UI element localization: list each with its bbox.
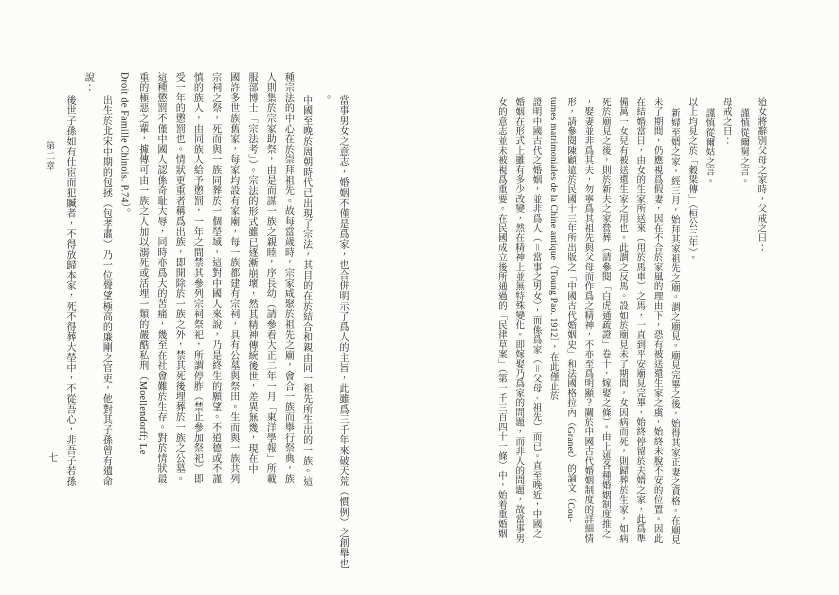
text-column: 慎的族人，由同族人給予懲罰，一年之間禁其參列宗祠祭祀，所謂停胙（禁止參加祭祀）即 — [188, 72, 205, 484]
text-column: 出生於北宋中期的包拯（包孝肅）乃一位聲望極高的廉剛之官吏，他對其子孫曾有遺命 — [97, 95, 114, 486]
text-column: Droit de Famille Chinois. P.74）。 — [116, 72, 133, 218]
text-column: 母戒之曰： — [717, 97, 734, 146]
text-column: 說： — [79, 72, 96, 93]
text-column: 在結婚當日，由女的生家所送來（用於馬車）之馬，一直到平安廟見完畢，始終停留於夫婿… — [630, 97, 647, 543]
text-column: 後世子孫如有仕宦而犯贓者，不得放歸本家，死不得葬大塋中，不從吾心，非吾子若孫 — [61, 95, 78, 486]
text-column: 死於廟見之後，則於新夫之家營葬（請參閱「白虎通疏證」卷十，嫁娶之條）。由上述各種… — [596, 97, 613, 538]
text-column: 受一年的懲罰也。情狀更重者稱爲出族，即開除於一族之外，禁其死後埋葬於一族之公墓。 — [170, 72, 187, 484]
text-column: 中國至晚於周朝時代已出現了宗法，其目的在於結合和親由同一祖先所生出的一族。這 — [298, 95, 315, 486]
text-column: 女的意志並未被視爲重要。在民國成立後所通過的「民律草案」（第一千三百四十一條）中… — [492, 97, 509, 538]
text-column: 以上均見之於「穀梁傳」（桓公三年）。 — [682, 97, 699, 262]
text-column: 。 — [316, 95, 333, 105]
page-left: 第二章 七 當事男女之意志，婚姻不僅是爲家，也合併明示了爲人的主旨，此雖爲三千年… — [0, 0, 420, 595]
text-column: 謹慎從爾姑之言。 — [700, 108, 717, 186]
text-column: 服部博士「宗法考」）。宗法的形式雖已逐漸崩壞，然其精神傳統後世，差異無幾，現在中 — [243, 72, 260, 474]
text-column: 國許多世族舊家，每家均設有家廟，每一族都建有宗祠，具有公墓與祭田。生而與一族共列 — [225, 72, 242, 484]
text-column: 種宗法的中心在於崇拜祖先。故每當歲時，宗家咸聚於祖先之廟，會合一族而舉行祭典，族 — [279, 72, 296, 484]
page-right: 中國之孝道 六 迨女將辭別父母之家時，父戒之曰：謹慎從爾舅之言。母戒之曰：謹慎從… — [420, 0, 839, 595]
text-column: 重的極惡之輩，據傳可由一族之人加以溺死或活埋一類的嚴酷私刑（Moellendor… — [134, 72, 151, 455]
text-column: ，娶妻並非爲其夫，勿寧爲其祖先與父母而作爲之精神，不亦至爲明顯？關於中國古代婚姻… — [578, 97, 595, 543]
text-column: 宗祠之祭，死而與一族同葬於一個塋域，這對中國人來說，乃是終生的願望。不道德或不謹 — [207, 72, 224, 484]
text-column: tumes matrimoniales de la Chine antique（… — [544, 97, 561, 401]
text-column: 新婦至婿之家，經三月，始拜其家祖先之廟。謂之廟見。廟見完畢之後，始得其家正妻之資… — [665, 108, 682, 545]
text-column: 證明中國古代之婚姻，並非爲人（＝當事之男女），而係爲家（＝父母、祖先）而已。直至… — [527, 97, 544, 538]
chapter-marker: 第二章 — [44, 141, 57, 171]
text-column: 未了期間，仍應視爲假妻，因在不合於家風的理由下，恐有被送還生家之虞，始終未脫不安… — [648, 97, 665, 543]
text-column: 當事男女之意志，婚姻不僅是爲家，也合併明示了爲人的主旨，此雖爲三千年來破天荒（慣… — [334, 95, 351, 569]
text-column: 人則集於宗家助祭，由是而謀一族之親睦，序長幼（請參看大正二年一月「東洋學報」所載 — [261, 72, 278, 484]
page-number-left: 七 — [44, 452, 59, 462]
text-column: 迨女將辭別父母之家時，父戒之曰： — [751, 97, 768, 252]
text-column: 形，請參閱陳顧遠於民國十三年所出版之「中國古代婚姻史」和法國格拉內（Granet… — [561, 97, 578, 522]
text-column: 婚姻在形式上雖有多少改變，然在精神上並無特殊變化。即嫁娶乃爲家的問題，而非人的問… — [509, 97, 526, 543]
text-column: 這種懲罰不僅中國人認係奇耻大辱，同時亦爲大的苦痛，幾至在社會難於生存。對於情狀最 — [152, 72, 169, 484]
text-column: 備萬一女兒有被送還生家之用也。此謂之反馬。設如於廟見未了期間，女因病而死，則歸葬… — [613, 97, 630, 543]
book-spread: 中國之孝道 六 迨女將辭別父母之家時，父戒之曰：謹慎從爾舅之言。母戒之曰：謹慎從… — [0, 0, 839, 595]
text-column: 謹慎從爾舅之言。 — [734, 108, 751, 186]
